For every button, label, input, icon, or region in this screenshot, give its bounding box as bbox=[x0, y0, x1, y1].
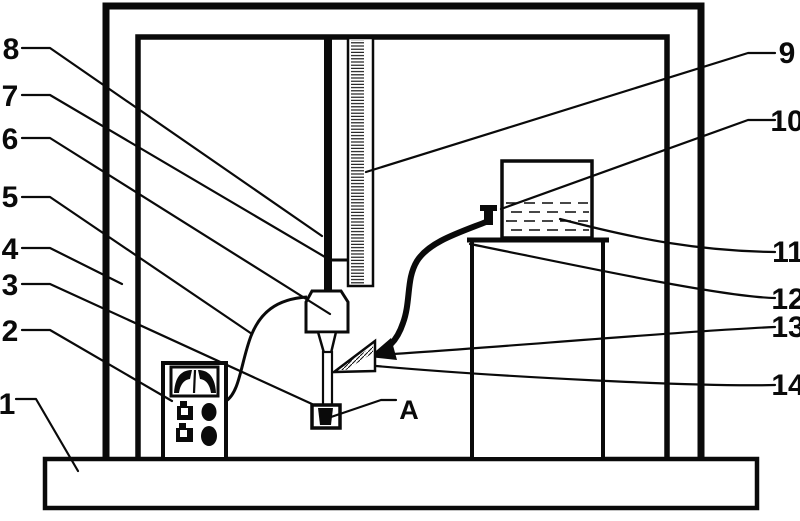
leader-6 bbox=[22, 138, 330, 314]
transducer-neck bbox=[318, 332, 336, 353]
leader-7 bbox=[22, 95, 325, 257]
scale-graduations bbox=[351, 40, 364, 284]
drain-valve-cap bbox=[480, 205, 497, 211]
callout-label-13: 13 bbox=[771, 311, 800, 344]
meter-button-round-2 bbox=[201, 426, 217, 446]
callout-label-6: 6 bbox=[2, 123, 19, 156]
indenter-rod bbox=[323, 352, 332, 407]
liquid-container bbox=[502, 161, 592, 238]
leader-9 bbox=[366, 53, 775, 172]
callout-label-A: A bbox=[399, 395, 419, 425]
callout-label-2: 2 bbox=[2, 315, 19, 348]
callout-label-9: 9 bbox=[779, 37, 796, 70]
apparatus-diagram: 8 7 6 5 4 3 2 1 9 10 11 12 13 14 A bbox=[0, 0, 800, 521]
callout-label-11: 11 bbox=[772, 236, 800, 269]
meter-button-round-1 bbox=[202, 403, 217, 421]
callout-label-5: 5 bbox=[2, 181, 19, 214]
machine-base bbox=[45, 459, 757, 508]
callout-label-4: 4 bbox=[2, 233, 19, 266]
callout-label-1: 1 bbox=[0, 388, 15, 421]
callout-label-3: 3 bbox=[2, 269, 19, 302]
leader-2 bbox=[22, 330, 172, 401]
callout-label-14: 14 bbox=[771, 369, 800, 402]
callout-label-7: 7 bbox=[2, 80, 19, 113]
callout-label-10: 10 bbox=[770, 105, 800, 138]
wedge-prism bbox=[334, 341, 375, 372]
callout-label-8: 8 bbox=[3, 33, 20, 66]
meter-button-window-1 bbox=[181, 408, 188, 415]
support-pedestal bbox=[472, 240, 603, 459]
signal-cable bbox=[226, 297, 307, 401]
patent-figure: 8 7 6 5 4 3 2 1 9 10 11 12 13 14 A bbox=[0, 0, 800, 521]
meter-button-window-2 bbox=[180, 430, 187, 437]
gauge-needle bbox=[194, 370, 195, 393]
